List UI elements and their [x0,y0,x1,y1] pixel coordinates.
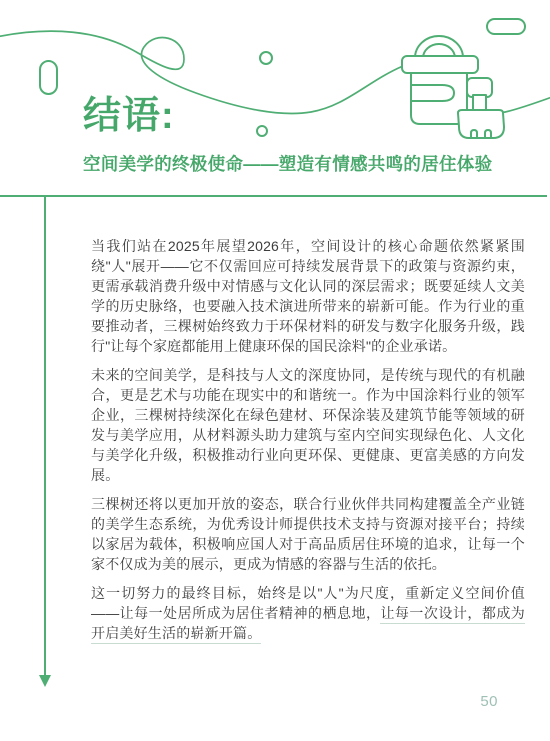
timeline-vertical-line [44,196,46,675]
wave-line-left [0,31,403,113]
dot-circle-bottom [257,126,267,136]
bucket-lid [402,56,478,73]
page-number: 50 [480,693,498,710]
paragraph-3: 三棵树还将以更加开放的姿态，联合行业伙伴共同构建覆盖全产业链的美学生态系统，为优… [91,494,525,574]
report-page: 结语: 空间美学的终极使命——塑造有情感共鸣的居住体验 当我们站在2025年展望… [0,0,550,741]
bucket-handle [415,36,463,58]
header-divider-line [0,195,547,197]
page-subtitle: 空间美学的终极使命——塑造有情感共鸣的居住体验 [83,151,492,176]
paragraph-2: 未来的空间美学，是科技与人文的深度协同，是传统与现代的有机融合，更是艺术与功能在… [91,365,525,485]
capsule-shape [40,61,57,94]
paragraph-closing: 这一切努力的最终目标，始终是以"人"为尺度，重新定义空间价值——让每一处居所成为… [91,583,525,643]
body-text: 当我们站在2025年展望2026年，空间设计的核心命题依然紧紧围绕"人"展开——… [91,236,525,652]
pill-shape [487,19,525,34]
paragraph-1: 当我们站在2025年展望2026年，空间设计的核心命题依然紧紧围绕"人"展开——… [91,236,525,356]
brush-head [458,110,504,138]
arrow-down-icon [39,675,51,687]
page-title: 结语: [83,96,175,138]
dot-circle-top [260,52,272,64]
